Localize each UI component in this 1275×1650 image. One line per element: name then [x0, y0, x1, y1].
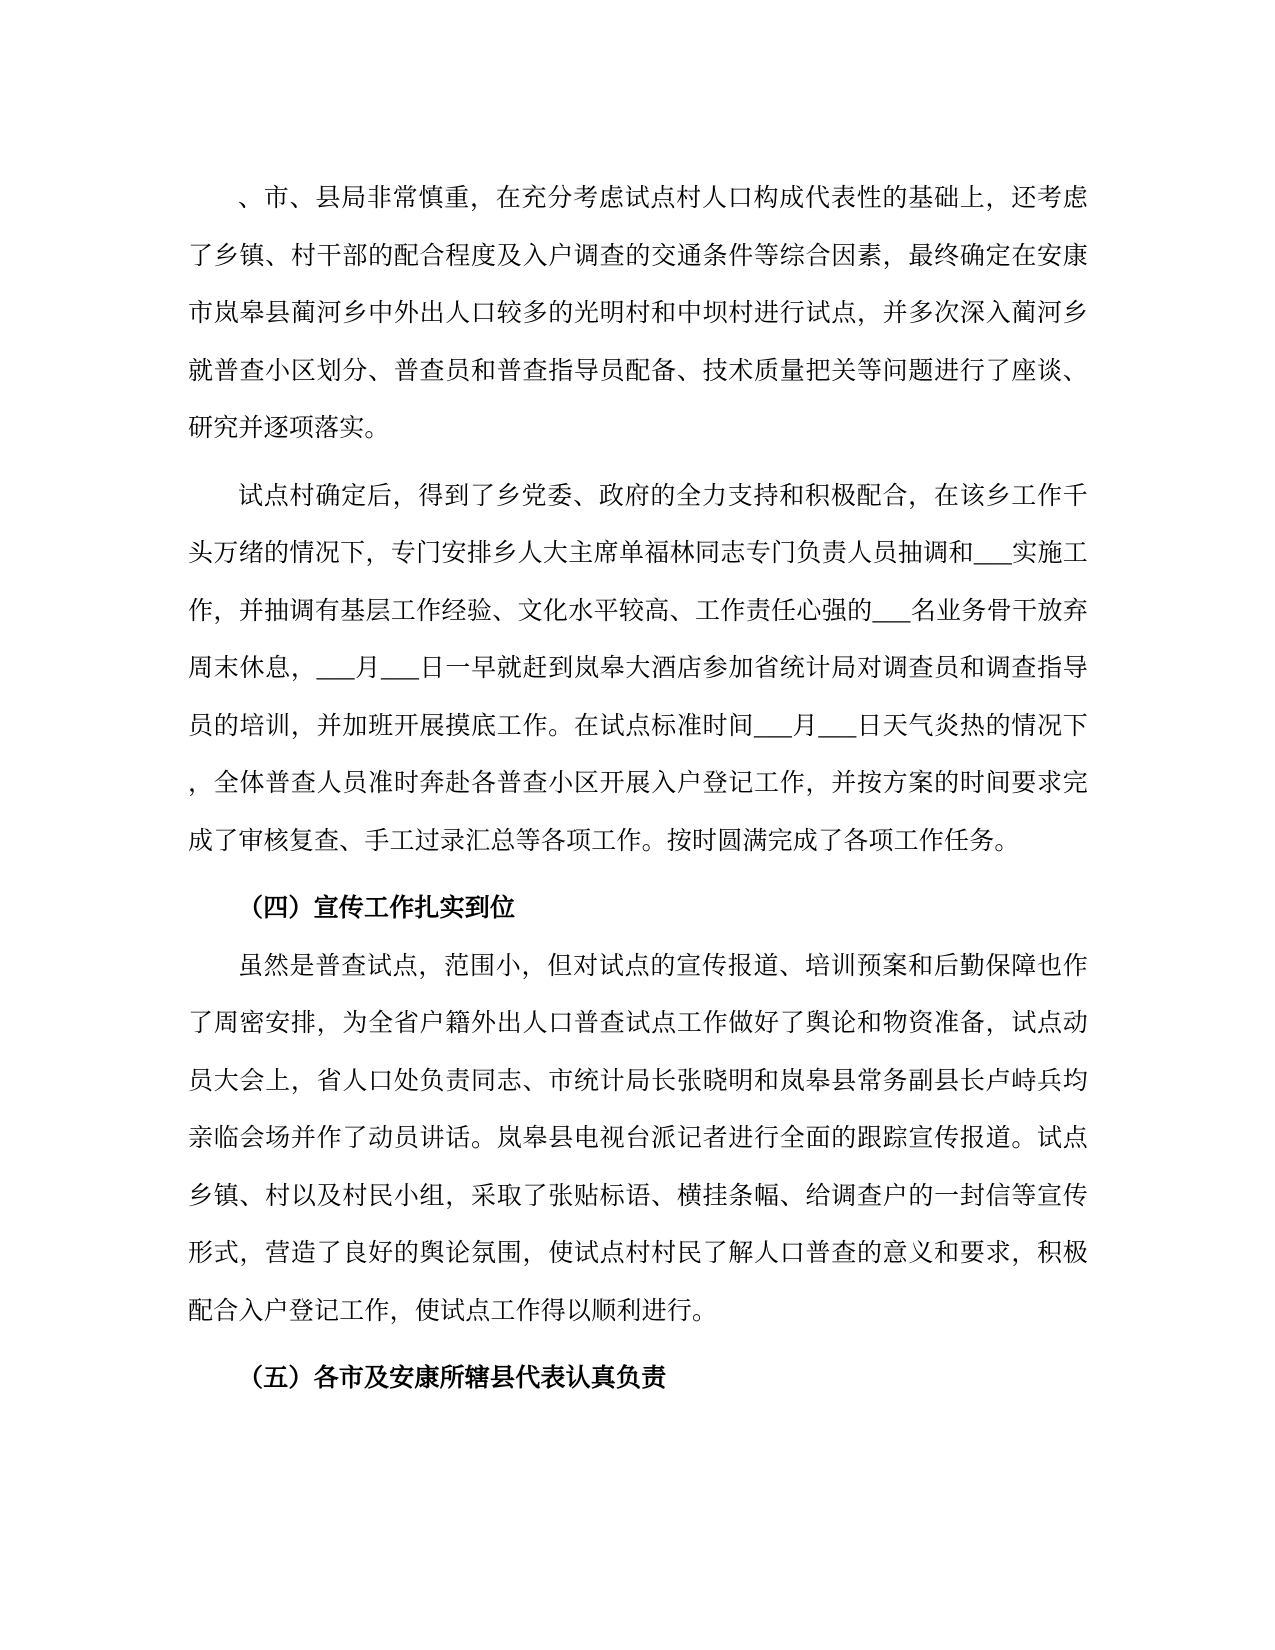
section-heading-four: （四）宣传工作扎实到位: [188, 880, 1088, 938]
paragraph-publicity-work: 虽然是普查试点，范围小，但对试点的宣传报道、培训预案和后勤保障也作了周密安排，为…: [188, 938, 1088, 1341]
document-page: 、市、县局非常慎重，在充分考虑试点村人口构成代表性的基础上，还考虑了乡镇、村干部…: [0, 0, 1275, 1650]
paragraph-pilot-village-selection: 、市、县局非常慎重，在充分考虑试点村人口构成代表性的基础上，还考虑了乡镇、村干部…: [188, 170, 1088, 458]
paragraph-township-support: 试点村确定后，得到了乡党委、政府的全力支持和积极配合，在该乡工作千头万绪的情况下…: [188, 468, 1088, 871]
document-content: 、市、县局非常慎重，在充分考虑试点村人口构成代表性的基础上，还考虑了乡镇、村干部…: [188, 170, 1088, 1408]
section-heading-five: （五）各市及安康所辖县代表认真负责: [188, 1350, 1088, 1408]
